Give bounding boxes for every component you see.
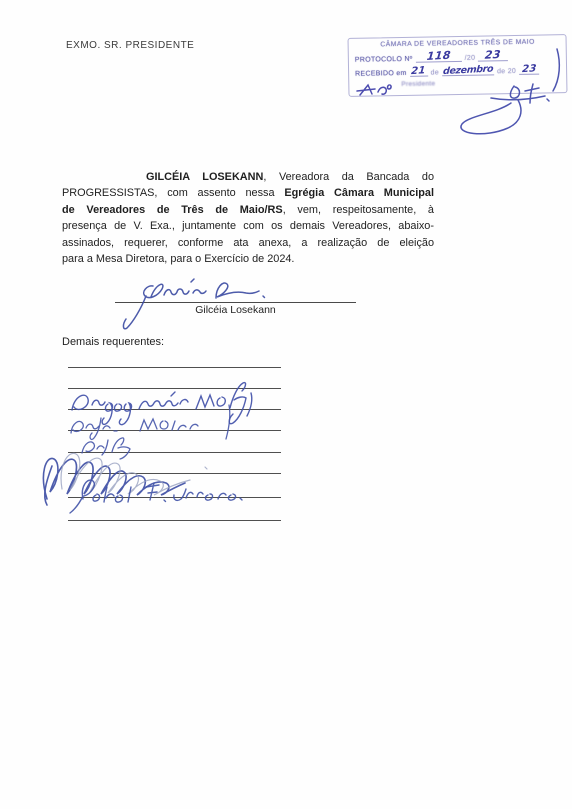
stamp-protocol-year-blank: 23 xyxy=(478,49,508,62)
stamp-received-month-handwritten: dezembro xyxy=(443,65,494,77)
stamp-signature-row: Presidente xyxy=(355,78,561,89)
paragraph-text: , vem, respeitosamente, à xyxy=(283,204,434,216)
paragraph-line: para a Mesa Diretora, para o Exercício d… xyxy=(62,251,434,267)
paragraph-text-bold: de Vereadores de Três de Maio/RS xyxy=(62,204,283,216)
paragraph-text: assinados, requerer, conforme ata anexa,… xyxy=(62,237,434,249)
stamp-protocol-number-blank: 118 xyxy=(416,50,462,63)
paragraph-text: presença de V. Exa., juntamente com os d… xyxy=(62,220,434,232)
other-requesters-label: Demais requerentes: xyxy=(62,336,164,348)
signature-line xyxy=(68,473,281,474)
stamp-received-year-handwritten: 23 xyxy=(521,64,536,74)
addressee-line: EXMO. SR. PRESIDENTE xyxy=(66,40,194,51)
paragraph-text: para a Mesa Diretora, para o Exercício d… xyxy=(62,253,294,265)
author-signature-line xyxy=(115,302,356,303)
paragraph-text-bold: Egrégia Câmara Municipal xyxy=(284,187,434,199)
signature-line xyxy=(68,452,281,453)
signature-line xyxy=(68,367,281,368)
signature-line xyxy=(68,430,281,431)
signature-illegible-2 xyxy=(82,438,130,459)
signature-large-scrawl-blue xyxy=(43,458,185,505)
paragraph-text: , Vereadora da Bancada do xyxy=(263,171,434,183)
stamp-protocol-year-handwritten: 23 xyxy=(485,50,502,60)
stamp-protocol-row: PROTOCOLO Nº 118 /20 23 xyxy=(355,48,561,64)
stamp-received-of1: de xyxy=(431,69,440,76)
stamp-signature-label: Presidente xyxy=(401,80,435,88)
signature-illegible-1 xyxy=(71,405,230,439)
stamp-received-label: RECEBIDO em xyxy=(355,70,407,78)
stamp-received-row: RECEBIDO em 21 de dezembro de 20 23 xyxy=(355,63,561,78)
stamp-received-day-handwritten: 21 xyxy=(411,66,426,76)
handwriting-overlay xyxy=(0,0,572,809)
stamp-received-year-blank: 23 xyxy=(519,64,539,75)
stamp-received-month-blank: dezembro xyxy=(442,64,494,76)
signature-large-scrawl-gray xyxy=(61,453,207,495)
paragraph-text: PROGRESSISTAS, com assento nessa xyxy=(62,187,284,199)
signature-line xyxy=(68,497,281,498)
stamp-protocol-number-handwritten: 118 xyxy=(426,51,451,61)
paragraph-line: PROGRESSISTAS, com assento nessa Egrégia… xyxy=(62,185,434,201)
paragraph-line: assinados, requerer, conforme ata anexa,… xyxy=(62,235,434,251)
stamp-received-day-blank: 21 xyxy=(410,66,428,77)
protocol-stamp: CÂMARA DE VEREADORES TRÊS DE MAIO PROTOC… xyxy=(348,34,568,97)
request-paragraph: GILCÉIA LOSEKANN, Vereadora da Bancada d… xyxy=(62,169,434,268)
author-signature-name: Gilcéia Losekann xyxy=(115,304,356,316)
stamp-received-of2: de 20 xyxy=(497,68,516,75)
signature-line xyxy=(68,409,281,410)
paragraph-line: GILCÉIA LOSEKANN, Vereadora da Bancada d… xyxy=(62,169,434,185)
signature-line xyxy=(68,520,281,521)
stamp-year-prefix: /20 xyxy=(465,55,476,62)
signature-line xyxy=(68,388,281,389)
paragraph-text-bold: GILCÉIA LOSEKANN xyxy=(146,171,263,183)
stamp-org-name: CÂMARA DE VEREADORES TRÊS DE MAIO xyxy=(355,38,561,49)
paragraph-line: de Vereadores de Três de Maio/RS, vem, r… xyxy=(62,202,434,218)
scanned-document-page: EXMO. SR. PRESIDENTE CÂMARA DE VEREADORE… xyxy=(0,0,572,809)
paragraph-line: presença de V. Exa., juntamente com os d… xyxy=(62,218,434,234)
stamp-protocol-label: PROTOCOLO Nº xyxy=(355,56,413,64)
